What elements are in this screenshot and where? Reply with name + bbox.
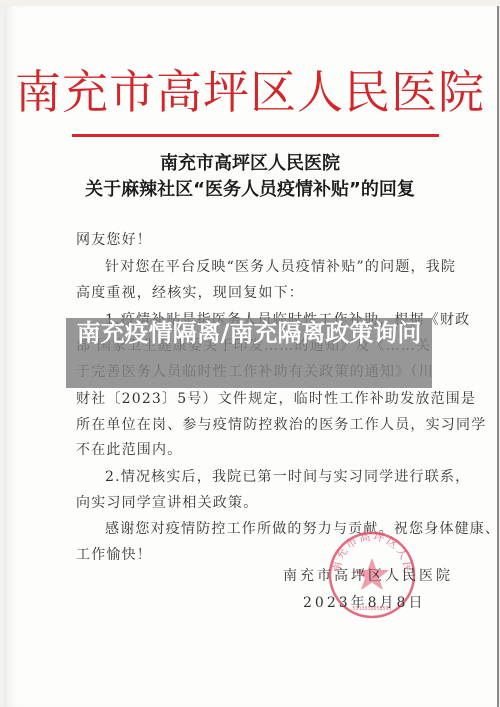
caption-overlay-text: 南充疫情隔离/南充隔离政策询问	[66, 318, 432, 348]
doc-title-line1: 南充市高坪区人民医院	[0, 151, 500, 177]
closing-line1: 感谢您对疫情防控工作所做的努力与贡献。祝您身体健康、	[105, 519, 500, 539]
closing-line2: 工作愉快！	[76, 545, 152, 565]
para1-line2: 高度重视，经核实，现回复如下：	[76, 283, 304, 303]
signature: 南充市高坪区人民医院	[283, 565, 453, 585]
item2-line1: 2.情况核实后，我院已第一时间与实习同学进行联系，	[105, 467, 470, 487]
item1-line6: 不在此范围内。	[76, 440, 182, 460]
doc-title-line2: 关于麻辣社区“医务人员疫情补贴”的回复	[0, 177, 500, 203]
item1-line4: 财社〔2023〕5号）文件规定，临时性工作补助发放范围是	[76, 389, 476, 409]
item1-line5: 所在单位在岗、参与疫情防控救治的医务工作人员，实习同学	[76, 415, 486, 435]
letterhead-rule	[72, 134, 439, 137]
greeting: 网友您好！	[76, 230, 152, 250]
letterhead: 南充市高坪区人民医院	[0, 66, 500, 118]
para1-line1: 针对您在平台反映“医务人员疫情补贴”的问题，我院	[105, 257, 456, 277]
signature-date: 2023年8月8日	[303, 592, 425, 612]
item2-line2: 向实习同学宣讲相关政策。	[76, 493, 258, 513]
